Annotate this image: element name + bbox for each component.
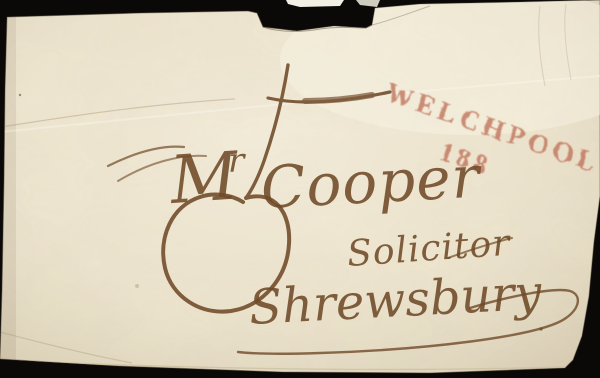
letter-scene: WELCHPOOL 188 M r Cooper Solicitor Shrew… xyxy=(0,0,600,378)
stain-speck xyxy=(19,94,21,96)
address-prefix-superscript: r xyxy=(228,141,246,181)
address-recipient-name: Cooper xyxy=(259,142,484,222)
photo-of-entire-letter: WELCHPOOL 188 M r Cooper Solicitor Shrew… xyxy=(0,0,600,378)
stain-speck xyxy=(135,284,139,288)
ink-dot xyxy=(539,327,542,330)
